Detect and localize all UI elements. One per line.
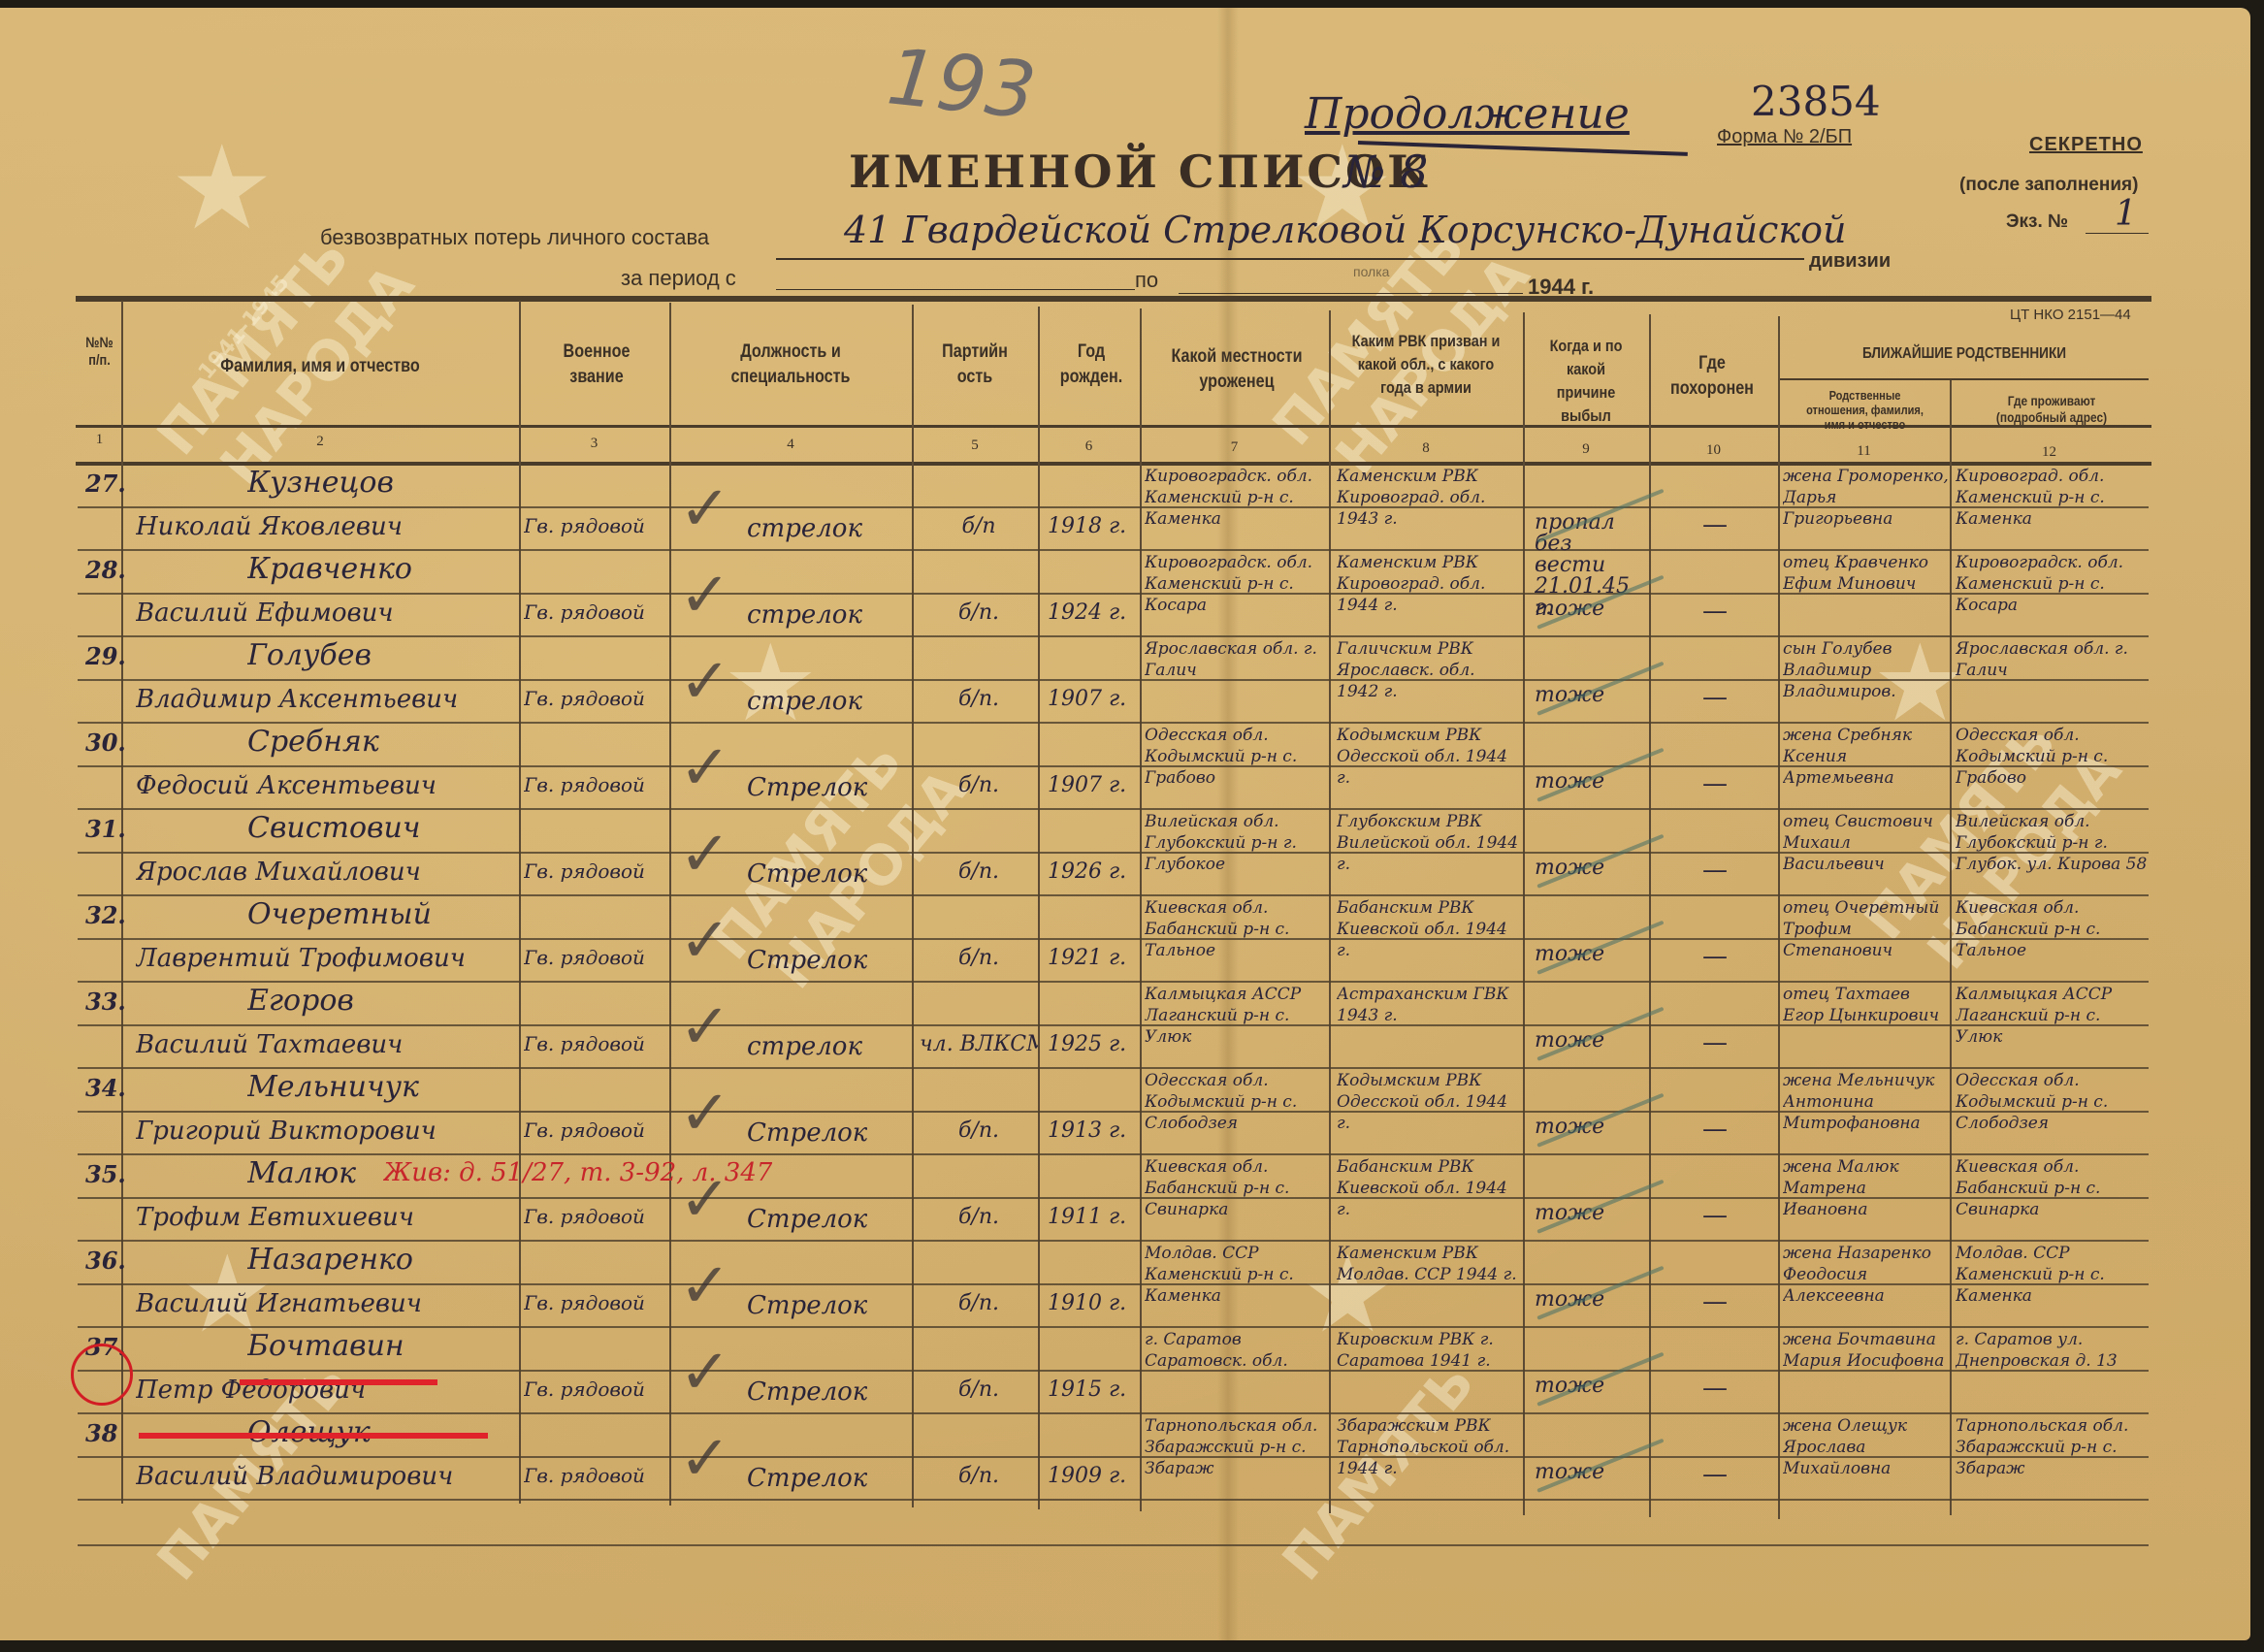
- party-membership: чл. ВЛКСМ: [920, 1032, 1038, 1056]
- birthplace: Кировоградск. обл. Каменский р-н с. Коса…: [1145, 552, 1329, 635]
- military-rank: Гв. рядовой: [524, 1205, 669, 1228]
- burial-place: —: [1702, 1287, 1728, 1316]
- departure-reason: тоже: [1535, 685, 1649, 706]
- header-col-12: Где проживают (подробный адрес): [1978, 393, 2126, 426]
- relative-address: Молдав. ССР Каменский р-н с. Каменка: [1956, 1243, 2150, 1326]
- soldier-given-name: Лаврентий Трофимович: [136, 944, 519, 973]
- party-membership: б/п.: [920, 1118, 1038, 1143]
- military-rank: Гв. рядовой: [524, 1464, 669, 1487]
- conscription-rvk: Каменским РВК Кировоград. обл. 1944 г.: [1337, 552, 1521, 635]
- position: Стрелок: [747, 773, 867, 802]
- soldier-given-name: Ярослав Михайлович: [136, 858, 519, 887]
- header-col-11: Родственные отношения, фамилия, имя и от…: [1796, 388, 1932, 432]
- soldier-given-name: Василий Тахтаевич: [136, 1030, 519, 1059]
- check-mark-icon: ✓: [679, 732, 731, 804]
- row-divider: [78, 722, 2149, 724]
- birth-year: 1907 г.: [1048, 687, 1140, 711]
- form-label: Форма № 2/БП: [1717, 126, 1852, 148]
- birth-year: 1925 г.: [1048, 1032, 1140, 1056]
- departure-reason: тоже: [1535, 771, 1649, 793]
- highlight-underline-given: [139, 1433, 488, 1439]
- header-col-7: Какой местности уроженец: [1158, 344, 1315, 395]
- military-rank: Гв. рядовой: [524, 859, 669, 883]
- unit-underline: [776, 258, 1804, 260]
- colnum-6: 6: [1038, 438, 1140, 455]
- departure-reason: тоже: [1535, 1376, 1649, 1397]
- row-number: 31.: [85, 815, 126, 843]
- colnum-2: 2: [121, 434, 519, 450]
- soldier-given-name: Владимир Аксентьевич: [136, 685, 519, 714]
- archive-number: 23854: [1751, 78, 1881, 125]
- party-membership: б/п.: [920, 1464, 1038, 1488]
- birth-year: 1921 г.: [1048, 946, 1140, 970]
- colnum-3: 3: [519, 436, 669, 452]
- row-divider: [78, 808, 2149, 810]
- position: стрелок: [747, 687, 862, 716]
- soldier-surname: Очеретный: [247, 897, 432, 931]
- col-divider: [1778, 316, 1780, 1519]
- party-membership: б/п.: [920, 773, 1038, 797]
- colnum-1: 1: [78, 432, 121, 448]
- birth-year: 1918 г.: [1048, 514, 1140, 538]
- position: Стрелок: [747, 1205, 867, 1234]
- unit-name: 41 Гвардейской Стрелковой Корсунско-Дуна…: [844, 209, 1846, 251]
- check-mark-icon: ✓: [679, 560, 731, 632]
- row-number: 28.: [85, 556, 126, 584]
- party-membership: б/п.: [920, 1377, 1038, 1402]
- departure-reason: тоже: [1535, 1462, 1649, 1483]
- check-mark-icon: ✓: [679, 905, 731, 977]
- copy-value: 1: [2115, 194, 2137, 234]
- colnum-8: 8: [1329, 440, 1523, 457]
- soldier-surname: Бочтавин: [247, 1329, 404, 1363]
- relative-name: отец Очеретный Трофим Степанович: [1783, 897, 1950, 981]
- birthplace: Молдав. ССР Каменский р-н с. Каменка: [1145, 1243, 1329, 1326]
- period-to-field[interactable]: [1179, 293, 1523, 294]
- relative-address: Калмыцкая АССР Лаганский р-н с. Улюк: [1956, 984, 2150, 1067]
- row-divider: [78, 1153, 2149, 1155]
- conscription-rvk: Каменским РВК Молдав. ССР 1944 г.: [1337, 1243, 1521, 1326]
- departure-reason: тоже: [1535, 1203, 1649, 1224]
- relative-address: Одесская обл. Кодымский р-н с. Слободзея: [1956, 1070, 2150, 1153]
- departure-reason: тоже: [1535, 1117, 1649, 1138]
- conscription-rvk: Каменским РВК Кировоград. обл. 1943 г.: [1337, 466, 1521, 549]
- col-divider: [1329, 310, 1331, 1513]
- col-divider: [1140, 308, 1142, 1511]
- position: Стрелок: [747, 946, 867, 975]
- period-prefix: за период с: [621, 266, 736, 291]
- birthplace: Кировоградск. обл. Каменский р-н с. Каме…: [1145, 466, 1329, 549]
- colnum-7: 7: [1140, 439, 1329, 456]
- header-col-10: Где похоронен: [1666, 351, 1758, 402]
- burial-place: —: [1702, 942, 1728, 971]
- birthplace: Тарнопольская обл. Збаражский р-н с. Зба…: [1145, 1415, 1329, 1499]
- header-col-5: Партийность: [942, 340, 1008, 390]
- secret-label: СЕКРЕТНО: [2029, 134, 2143, 156]
- soldier-given-name: Федосий Аксентьевич: [136, 771, 519, 800]
- position: Стрелок: [747, 1291, 867, 1320]
- party-membership: б/п.: [920, 1291, 1038, 1315]
- soldier-surname: Свистович: [247, 811, 421, 845]
- colnum-12: 12: [1950, 444, 2149, 461]
- row-divider: [78, 894, 2149, 896]
- soldier-surname: Кравченко: [247, 552, 412, 586]
- soldier-surname: Малюк: [247, 1156, 356, 1190]
- soldier-surname: Егоров: [247, 984, 354, 1018]
- party-membership: б/п.: [920, 859, 1038, 884]
- soldier-surname: Кузнецов: [247, 466, 394, 500]
- print-code: ЦТ НКО 2151—44: [2010, 307, 2131, 323]
- row-divider: [78, 1412, 2149, 1414]
- relative-name: жена Бочтавина Мария Иосифовна: [1783, 1329, 1950, 1412]
- departure-reason: тоже: [1535, 944, 1649, 965]
- row-number: 30.: [85, 729, 126, 757]
- conscription-rvk: Галичским РВК Ярославск. обл. 1942 г.: [1337, 638, 1521, 722]
- burial-place: —: [1702, 1460, 1728, 1489]
- soldier-given-name: Василий Владимирович: [136, 1462, 519, 1491]
- soldier-surname: Мельничук: [247, 1070, 419, 1104]
- military-rank: Гв. рядовой: [524, 1377, 669, 1401]
- colnum-11: 11: [1778, 443, 1950, 460]
- military-rank: Гв. рядовой: [524, 773, 669, 796]
- row-divider: [78, 1499, 2149, 1501]
- military-rank: Гв. рядовой: [524, 946, 669, 969]
- header-col-8: Каким РВК призван и какой обл., с какого…: [1352, 330, 1501, 400]
- relative-name: жена Олещук Ярослава Михайловна: [1783, 1415, 1950, 1499]
- position: Стрелок: [747, 859, 867, 889]
- burial-place: —: [1702, 510, 1728, 539]
- departure-reason: тоже: [1535, 599, 1649, 620]
- birth-year: 1913 г.: [1048, 1118, 1140, 1143]
- birth-year: 1909 г.: [1048, 1464, 1140, 1488]
- row-divider: [78, 549, 2149, 551]
- relative-address: Одесская обл. Кодымский р-н с. Грабово: [1956, 725, 2150, 808]
- military-rank: Гв. рядовой: [524, 600, 669, 624]
- header-col-6: Год рожден.: [1058, 340, 1124, 390]
- conscription-rvk: Глубокским РВК Вилейской обл. 1944 г.: [1337, 811, 1521, 894]
- row-number: 36.: [85, 1247, 126, 1275]
- copy-label: Экз. №: [2006, 211, 2068, 233]
- header-col-9: Когда и по какой причине выбыл: [1540, 335, 1632, 428]
- row-number: 27.: [85, 470, 126, 498]
- col-divider: [519, 301, 521, 1504]
- position: Стрелок: [747, 1464, 867, 1493]
- row-number: 34.: [85, 1074, 126, 1102]
- colnum-4: 4: [669, 437, 912, 453]
- relative-name: жена Мельничук Антонина Митрофановна: [1783, 1070, 1950, 1153]
- military-rank: Гв. рядовой: [524, 687, 669, 710]
- header-col-2: Фамилия, имя и отчество: [151, 354, 490, 379]
- row-number: 35.: [85, 1160, 126, 1188]
- list-number: № 8: [1343, 146, 1428, 198]
- departure-reason: тоже: [1535, 858, 1649, 879]
- row-divider: [78, 981, 2149, 983]
- header-col-4: Должность и специальность: [717, 340, 865, 390]
- row-divider: [78, 1326, 2149, 1328]
- row-number: 38: [85, 1419, 117, 1447]
- relative-name: жена Назаренко Феодосия Алексеевна: [1783, 1243, 1950, 1326]
- position: стрелок: [747, 514, 862, 543]
- period-from-field[interactable]: [776, 289, 1135, 290]
- departure-reason: тоже: [1535, 1289, 1649, 1311]
- burial-place: —: [1702, 769, 1728, 798]
- conscription-rvk: Астраханским ГВК 1943 г.: [1337, 984, 1521, 1067]
- row-number: 33.: [85, 988, 126, 1016]
- relative-address: Тарнопольская обл. Збаражский р-н с. Зба…: [1956, 1415, 2150, 1499]
- relative-address: Кировоградск. обл. Каменский р-н с. Коса…: [1956, 552, 2150, 635]
- birthplace: Одесская обл. Кодымский р-н с. Грабово: [1145, 725, 1329, 808]
- col-divider: [1038, 307, 1040, 1509]
- relative-name: жена Сребняк Ксения Артемьевна: [1783, 725, 1950, 808]
- check-mark-icon: ✓: [679, 819, 731, 891]
- check-mark-icon: ✓: [679, 473, 731, 545]
- birth-year: 1926 г.: [1048, 859, 1140, 884]
- burial-place: —: [1702, 1028, 1728, 1057]
- position: Стрелок: [747, 1377, 867, 1407]
- table-top-rule: [76, 296, 2151, 302]
- row-divider: [78, 1067, 2149, 1069]
- col-divider: [1523, 312, 1525, 1515]
- burial-place: —: [1702, 856, 1728, 885]
- check-mark-icon: ✓: [679, 1423, 731, 1495]
- check-mark-icon: ✓: [679, 1250, 731, 1322]
- relative-address: Вилейская обл. Глубокский р-н г. Глубок.…: [1956, 811, 2150, 894]
- row-number: 32.: [85, 901, 126, 929]
- birthplace: Киевская обл. Бабанский р-н с. Тальное: [1145, 897, 1329, 981]
- burial-place: —: [1702, 597, 1728, 626]
- burial-place: —: [1702, 1115, 1728, 1144]
- birthplace: г. Саратов Саратовск. обл.: [1145, 1329, 1329, 1412]
- colnum-9: 9: [1523, 441, 1649, 458]
- row-divider: [78, 1544, 2149, 1546]
- row-number: 29.: [85, 642, 126, 670]
- relative-address: Киевская обл. Бабанский р-н с. Тальное: [1956, 897, 2150, 981]
- position: Стрелок: [747, 1118, 867, 1148]
- subtitle-prefix: безвозвратных потерь личного состава: [320, 225, 709, 250]
- burial-place: —: [1702, 1374, 1728, 1403]
- position: стрелок: [747, 600, 862, 630]
- conscription-rvk: Кодымским РВК Одесской обл. 1944 г.: [1337, 725, 1521, 808]
- birth-year: 1924 г.: [1048, 600, 1140, 625]
- soldier-given-name: Василий Ефимович: [136, 599, 519, 628]
- relative-address: Ярославская обл. г. Галич: [1956, 638, 2150, 722]
- party-membership: б/п.: [920, 946, 1038, 970]
- position: стрелок: [747, 1032, 862, 1061]
- highlight-circle-row-37: [71, 1344, 133, 1406]
- soldier-given-name: Василий Игнатьевич: [136, 1289, 519, 1318]
- header-col-3: Военное звание: [551, 340, 642, 390]
- party-membership: б/п.: [920, 600, 1038, 625]
- soldier-given-name: Николай Яковлевич: [136, 512, 519, 541]
- colnum-5: 5: [912, 437, 1038, 454]
- check-mark-icon: ✓: [679, 991, 731, 1063]
- party-membership: б/п.: [920, 687, 1038, 711]
- alive-annotation: Жив: д. 51/27, т. 3-92, л. 347: [383, 1158, 772, 1187]
- conscription-rvk: Кодымским РВК Одесской обл. 1944 г.: [1337, 1070, 1521, 1153]
- pencil-page-number: 193: [884, 31, 1041, 136]
- birthplace: Ярославская обл. г. Галич: [1145, 638, 1329, 722]
- relative-name: отец Тахтаев Егор Цынкирович: [1783, 984, 1950, 1067]
- soldier-given-name: Трофим Евтихиевич: [136, 1203, 519, 1232]
- after-filling-label: (после заполнения): [1959, 175, 2138, 196]
- birthplace: Одесская обл. Кодымский р-н с. Слободзея: [1145, 1070, 1329, 1153]
- birth-year: 1915 г.: [1048, 1377, 1140, 1402]
- relative-name: жена Малюк Матрена Ивановна: [1783, 1156, 1950, 1240]
- military-rank: Гв. рядовой: [524, 1291, 669, 1314]
- relatives-subheader-rule: [1780, 378, 2149, 380]
- soldier-given-name: Григорий Викторович: [136, 1117, 519, 1146]
- birthplace: Вилейская обл. Глубокский р-н г. Глубоко…: [1145, 811, 1329, 894]
- conscription-rvk: Збаражским РВК Тарнопольской обл. 1944 г…: [1337, 1415, 1521, 1499]
- military-rank: Гв. рядовой: [524, 1118, 669, 1142]
- check-mark-icon: ✓: [679, 1078, 731, 1150]
- highlight-underline-surname: [240, 1379, 437, 1385]
- relative-address: Кировоград. обл. Каменский р-н с. Каменк…: [1956, 466, 2150, 549]
- burial-place: —: [1702, 1201, 1728, 1230]
- relative-address: г. Саратов ул. Днепровская д. 13: [1956, 1329, 2150, 1412]
- birth-year: 1907 г.: [1048, 773, 1140, 797]
- check-mark-icon: ✓: [679, 1337, 731, 1409]
- unit-suffix: дивизии: [1809, 250, 1891, 273]
- departure-reason: тоже: [1535, 1030, 1649, 1052]
- birthplace: Киевская обл. Бабанский р-н с. Свинарка: [1145, 1156, 1329, 1240]
- header-relatives-group: БЛИЖАЙШИЕ РОДСТВЕННИКИ: [1812, 341, 2118, 367]
- header-col-1: №№ п/п.: [81, 335, 117, 370]
- colnum-10: 10: [1649, 442, 1778, 459]
- relative-address: Киевская обл. Бабанский р-н с. Свинарка: [1956, 1156, 2150, 1240]
- continuation-note: Продолжение: [1305, 89, 1630, 139]
- military-rank: Гв. рядовой: [524, 514, 669, 537]
- military-rank: Гв. рядовой: [524, 1032, 669, 1055]
- soldier-surname: Голубев: [247, 638, 372, 672]
- relative-name: жена Громоренко, Дарья Григорьевна: [1783, 466, 1950, 549]
- birthplace: Калмыцкая АССР Лаганский р-н с. Улюк: [1145, 984, 1329, 1067]
- row-divider: [78, 1240, 2149, 1242]
- unit-suffix-small: полка: [1353, 264, 1389, 279]
- conscription-rvk: Кировским РВК г. Саратова 1941 г.: [1337, 1329, 1521, 1412]
- relative-name: отец Свистович Михаил Васильевич: [1783, 811, 1950, 894]
- row-divider: [78, 635, 2149, 637]
- conscription-rvk: Бабанским РВК Киевской обл. 1944 г.: [1337, 1156, 1521, 1240]
- check-mark-icon: ✓: [679, 646, 731, 718]
- party-membership: б/п.: [920, 1205, 1038, 1229]
- relative-name: отец Кравченко Ефим Минович: [1783, 552, 1950, 635]
- party-membership: б/п: [920, 514, 1038, 538]
- burial-place: —: [1702, 683, 1728, 712]
- period-mid: по: [1135, 268, 1158, 293]
- birth-year: 1910 г.: [1048, 1291, 1140, 1315]
- soldier-surname: Сребняк: [247, 725, 379, 759]
- relative-name: сын Голубев Владимир Владимиров.: [1783, 638, 1950, 722]
- soldier-surname: Назаренко: [247, 1243, 413, 1277]
- col-divider: [669, 303, 671, 1506]
- conscription-rvk: Бабанским РВК Киевской обл. 1944 г.: [1337, 897, 1521, 981]
- birth-year: 1911 г.: [1048, 1205, 1140, 1229]
